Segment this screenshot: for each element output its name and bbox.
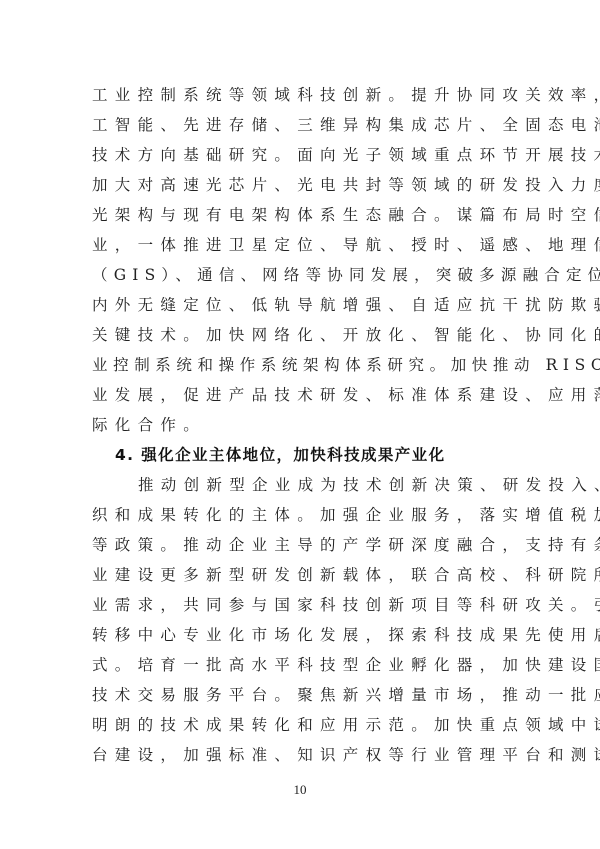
text-line: 转移中心专业化市场化发展，探索科技成果先使用后付费方 xyxy=(92,620,512,650)
text-line: 等政策。推动企业主导的产学研深度融合，支持有条件的企 xyxy=(92,530,512,560)
text-line: 加大对高速光芯片、光电共封等领域的研发投入力度，推动 xyxy=(92,170,512,200)
text-line: 式。培育一批高水平科技型企业孵化器，加快建设国家统一 xyxy=(92,650,512,680)
text-line: 工智能、先进存储、三维异构集成芯片、全固态电池等前沿 xyxy=(92,110,512,140)
text-line: 业控制系统和操作系统架构体系研究。加快推动 RISC-V 产 xyxy=(92,350,512,380)
text-line: 织和成果转化的主体。加强企业服务，落实增值税加计抵减 xyxy=(92,500,512,530)
text-line: 工业控制系统等领域科技创新。提升协同攻关效率，支持人 xyxy=(92,80,512,110)
body-text: 工业控制系统等领域科技创新。提升协同攻关效率，支持人 工智能、先进存储、三维异构… xyxy=(92,80,512,770)
text-line: 业，一体推进卫星定位、导航、授时、遥感、地理信息系统 xyxy=(92,230,512,260)
text-line: 业发展，促进产品技术研发、标准体系建设、应用落地和国 xyxy=(92,380,512,410)
page-number: 10 xyxy=(0,780,600,800)
text-line: 关键技术。加快网络化、开放化、智能化、协同化的新型工 xyxy=(92,320,512,350)
text-line: （GIS）、通信、网络等协同发展，突破多源融合定位、室 xyxy=(92,260,512,290)
text-line: 际化合作。 xyxy=(92,410,512,440)
text-line: 技术交易服务平台。聚焦新兴增量市场，推动一批应用前景 xyxy=(92,680,512,710)
document-page: 工业控制系统等领域科技创新。提升协同攻关效率，支持人 工智能、先进存储、三维异构… xyxy=(0,0,600,849)
text-line: 明朗的技术成果转化和应用示范。加快重点领域中试验证平 xyxy=(92,710,512,740)
section-heading: 4. 强化企业主体地位，加快科技成果产业化 xyxy=(92,440,512,470)
text-line: 技术方向基础研究。面向光子领域重点环节开展技术攻关， xyxy=(92,140,512,170)
text-line: 台建设，加强标准、知识产权等行业管理平台和测试验证平 xyxy=(92,740,512,770)
paragraph-first-line: 推动创新型企业成为技术创新决策、研发投入、科研组 xyxy=(92,470,512,500)
text-line: 内外无缝定位、低轨导航增强、自适应抗干扰防欺骗等北斗 xyxy=(92,290,512,320)
text-line: 业建设更多新型研发创新载体，联合高校、科研院所面向产 xyxy=(92,560,512,590)
text-line: 业需求，共同参与国家科技创新项目等科研攻关。引导技术 xyxy=(92,590,512,620)
text-line: 光架构与现有电架构体系生态融合。谋篇布局时空信息产 xyxy=(92,200,512,230)
